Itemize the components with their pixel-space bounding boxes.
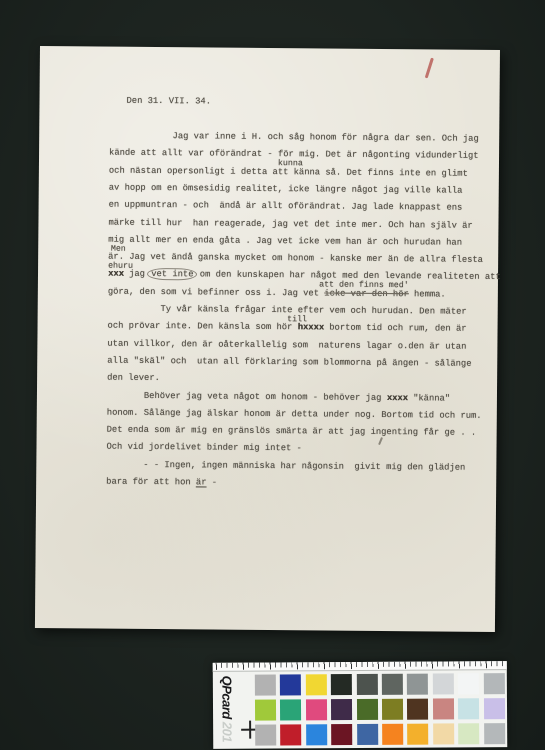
color-swatch bbox=[255, 675, 276, 696]
letter-line: den lever. bbox=[107, 373, 160, 385]
qpcard-brand-text: QPcard bbox=[219, 676, 234, 719]
color-swatch bbox=[255, 725, 276, 746]
color-swatch bbox=[433, 698, 454, 719]
letter-segment: Och vid jordelivet binder mig intet - bbox=[106, 442, 301, 454]
letter-body: Jag var inne i H. och såg honom för någr… bbox=[105, 47, 500, 632]
letter-segment-underline: är bbox=[196, 477, 207, 487]
color-swatch bbox=[483, 673, 504, 694]
qpcard-model-text: 201 bbox=[220, 722, 235, 742]
letter-segment: hemma. bbox=[409, 289, 446, 299]
color-swatch bbox=[458, 723, 479, 744]
letter-segment-circle: vet inte bbox=[147, 268, 197, 280]
qpcard-brand: QPcard201 bbox=[219, 676, 234, 743]
letter-line: honom. Sålänge jag älskar honom är detta… bbox=[107, 407, 482, 422]
letter-line: - - Ingen, ingen människa har någonsin g… bbox=[106, 459, 465, 474]
color-swatch bbox=[357, 699, 378, 720]
interline-insertion: till bbox=[287, 315, 307, 324]
color-swatch bbox=[331, 724, 352, 745]
color-swatch bbox=[306, 724, 327, 745]
letter-line: utan villkor, den är oåterkallelig som n… bbox=[107, 338, 466, 353]
letter-segment: Jag var inne i H. och såg honom för någr… bbox=[109, 131, 479, 144]
color-swatch bbox=[458, 673, 479, 694]
letter-line: xxx jag vet inte om den kunskapen har nå… bbox=[108, 269, 501, 284]
letter-line: Behöver jag veta något om honom - behöve… bbox=[107, 390, 450, 405]
letter-segment: alla "skäl" och utan all förklaring som … bbox=[107, 355, 471, 368]
letter-line: Jag var inne i H. och såg honom för någr… bbox=[109, 131, 479, 146]
letter-segment: bortom tid och rum, den är bbox=[324, 323, 467, 334]
letter-segment: Behöver jag veta något om honom - behöve… bbox=[107, 390, 387, 402]
letter-segment: mig allt mer en enda gåta . Jag vet icke… bbox=[108, 234, 462, 247]
letter-line: är. Jag vet ändå ganska mycket om honom … bbox=[108, 252, 483, 267]
color-swatch bbox=[433, 723, 454, 744]
color-swatch bbox=[281, 724, 302, 745]
paper: Den 31. VII. 34. Jag var inne i H. och s… bbox=[35, 46, 500, 632]
letter-line: Det enda som är mig en gränslös smärta ä… bbox=[107, 425, 477, 440]
color-swatch bbox=[357, 724, 378, 745]
color-swatch bbox=[407, 724, 428, 745]
letter-segment: - - Ingen, ingen människa har någonsin g… bbox=[106, 459, 465, 472]
letter-line: mig allt mer en enda gåta . Jag vet icke… bbox=[108, 234, 462, 249]
qpcard-color-reference: QPcard201 bbox=[213, 661, 508, 749]
letter-segment: utan villkor, den är oåterkallelig som n… bbox=[107, 338, 466, 351]
interline-insertion: Men bbox=[111, 244, 126, 253]
letter-segment: - bbox=[206, 477, 217, 487]
color-swatch bbox=[382, 674, 403, 695]
letter-segment: den lever. bbox=[107, 373, 160, 383]
color-swatch bbox=[255, 700, 276, 721]
color-swatch bbox=[280, 699, 301, 720]
letter-line: en uppmuntran - och ändå är allt oföränd… bbox=[109, 200, 463, 215]
letter-line: av hopp om en ömsesidig realitet, icke l… bbox=[109, 182, 463, 197]
color-swatch bbox=[331, 699, 352, 720]
interline-insertion: att den finns med' bbox=[319, 281, 409, 291]
letter-segment: och prövar inte. Den känsla som hör bbox=[108, 321, 298, 333]
letter-line: bara för att hon är - bbox=[106, 477, 217, 490]
letter-segment: bara för att hon bbox=[106, 477, 196, 488]
letter-segment: är. Jag vet ändå ganska mycket om honom … bbox=[108, 252, 483, 265]
scan-background: { "scan": { "background_color": "#1d2420… bbox=[0, 0, 545, 750]
letter-line: Och vid jordelivet binder mig intet - bbox=[106, 442, 301, 456]
letter-segment: av hopp om en ömsesidig realitet, icke l… bbox=[109, 182, 463, 195]
letter-segment: en uppmuntran - och ändå är allt oföränd… bbox=[109, 200, 463, 213]
color-swatch bbox=[458, 698, 479, 719]
color-swatch bbox=[306, 699, 327, 720]
letter-segment-xout: xxxx bbox=[387, 393, 408, 403]
letter-line: och nästan opersonligt i detta att känna… bbox=[109, 165, 468, 180]
color-swatch bbox=[382, 699, 403, 720]
letter-line: märke till hur han reagerade, jag vet de… bbox=[108, 217, 472, 232]
letter-line: göra, den som vi befinner oss i. Jag vet… bbox=[108, 286, 446, 301]
letter-line: och prövar inte. Den känsla som hör hxxx… bbox=[107, 321, 466, 336]
letter-segment: märke till hur han reagerade, jag vet de… bbox=[108, 217, 472, 230]
color-swatch bbox=[306, 674, 327, 695]
color-swatch bbox=[433, 673, 454, 694]
color-swatch bbox=[407, 699, 428, 720]
color-swatch bbox=[331, 674, 352, 695]
letter-line: alla "skäl" och utan all förklaring som … bbox=[107, 355, 471, 370]
color-swatch bbox=[382, 724, 403, 745]
letter-segment: "känna" bbox=[408, 393, 450, 403]
color-swatch bbox=[356, 674, 377, 695]
letter-segment: göra, den som vi befinner oss i. Jag vet bbox=[108, 286, 325, 298]
ruler-scale bbox=[213, 661, 507, 672]
letter-segment: Det enda som är mig en gränslös smärta ä… bbox=[107, 425, 477, 438]
interline-insertion: ehuru bbox=[108, 261, 133, 270]
interline-insertion: kunna bbox=[278, 159, 303, 168]
color-swatch bbox=[407, 674, 428, 695]
color-swatch bbox=[280, 674, 301, 695]
color-swatch bbox=[484, 723, 505, 744]
color-swatch bbox=[483, 698, 504, 719]
swatch-grid bbox=[255, 673, 505, 746]
letter-segment: honom. Sålänge jag älskar honom är detta… bbox=[107, 407, 482, 420]
